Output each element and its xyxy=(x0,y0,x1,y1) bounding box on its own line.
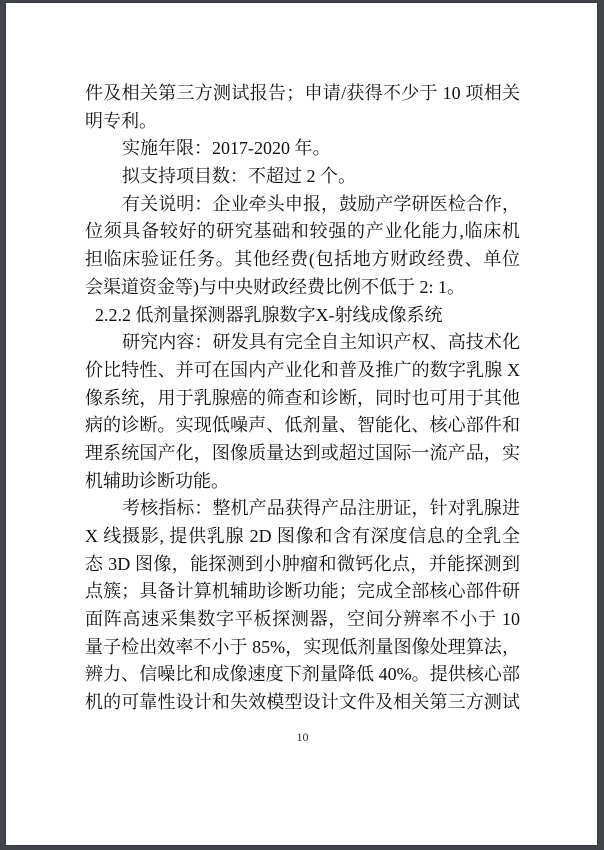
text-line: 件及相关第三方测试报告；申请/获得不少于 10 项相关技术发 xyxy=(85,80,520,108)
text-line: X 线摄影, 提供乳腺 2D 图像和含有深度信息的全乳全方位动 xyxy=(85,523,520,551)
text-line: 病的诊断。实现低噪声、低剂量、智能化、核心部件和图像处 xyxy=(85,412,520,440)
text-line: 辨力、信噪比和成像速度下剂量降低 40%。提供核心部件、整 xyxy=(85,661,520,689)
text-line: 机辅助诊断功能。 xyxy=(85,468,520,496)
text-line: 态 3D 图像，能探测到小肿瘤和微钙化点，并能探测到微钙化 xyxy=(85,551,520,579)
text-line: 会渠道资金等)与中央财政经费比例不低于 2: 1。 xyxy=(85,274,520,302)
text-line: 像系统，用于乳腺癌的筛查和诊断，同时也可用于其他乳腺疾 xyxy=(85,385,520,413)
text-line: 价比特性、并可在国内产业化和普及推广的数字乳腺 X 射线成 xyxy=(85,357,520,385)
text-line: 研究内容：研发具有完全自主知识产权、高技术化和高性 xyxy=(85,329,520,357)
text-line: 明专利。 xyxy=(85,108,520,136)
text-line: 有关说明：企业牵头申报，鼓励产学研医检合作，牵头单 xyxy=(85,191,520,219)
text-line: 担临床验证任务。其他经费(包括地方财政经费、单位出资及社 xyxy=(85,246,520,274)
text-line: 考核指标：整机产品获得产品注册证，针对乳腺进行数字 xyxy=(85,495,520,523)
viewer-background: 件及相关第三方测试报告；申请/获得不少于 10 项相关技术发明专利。实施年限：2… xyxy=(0,0,604,850)
text-line: 理系统国产化，图像质量达到或超过国际一流产品，实现计算 xyxy=(85,440,520,468)
text-line: 量子检出效率不小于 85%，实现低剂量图像处理算法，相同分 xyxy=(85,634,520,662)
page-number: 10 xyxy=(85,730,520,744)
text-line: 机的可靠性设计和失效模型设计文件及相关第三方测试报告； xyxy=(85,689,520,717)
text-line: 2.2.2 低剂量探测器乳腺数字X-射线成像系统 xyxy=(85,302,520,330)
text-line: 位须具备较好的研究基础和较强的产业化能力,临床机构须承 xyxy=(85,218,520,246)
document-text: 件及相关第三方测试报告；申请/获得不少于 10 项相关技术发明专利。实施年限：2… xyxy=(85,80,520,717)
text-line: 面阵高速采集数字平板探测器，空间分辨率不小于 10 lp/mm, xyxy=(85,606,520,634)
text-line: 点簇；具备计算机辅助诊断功能；完成全部核心部件研发；大 xyxy=(85,578,520,606)
text-line: 实施年限：2017-2020 年。 xyxy=(85,135,520,163)
text-line: 拟支持项目数：不超过 2 个。 xyxy=(85,163,520,191)
document-page: 件及相关第三方测试报告；申请/获得不少于 10 项相关技术发明专利。实施年限：2… xyxy=(6,3,597,845)
